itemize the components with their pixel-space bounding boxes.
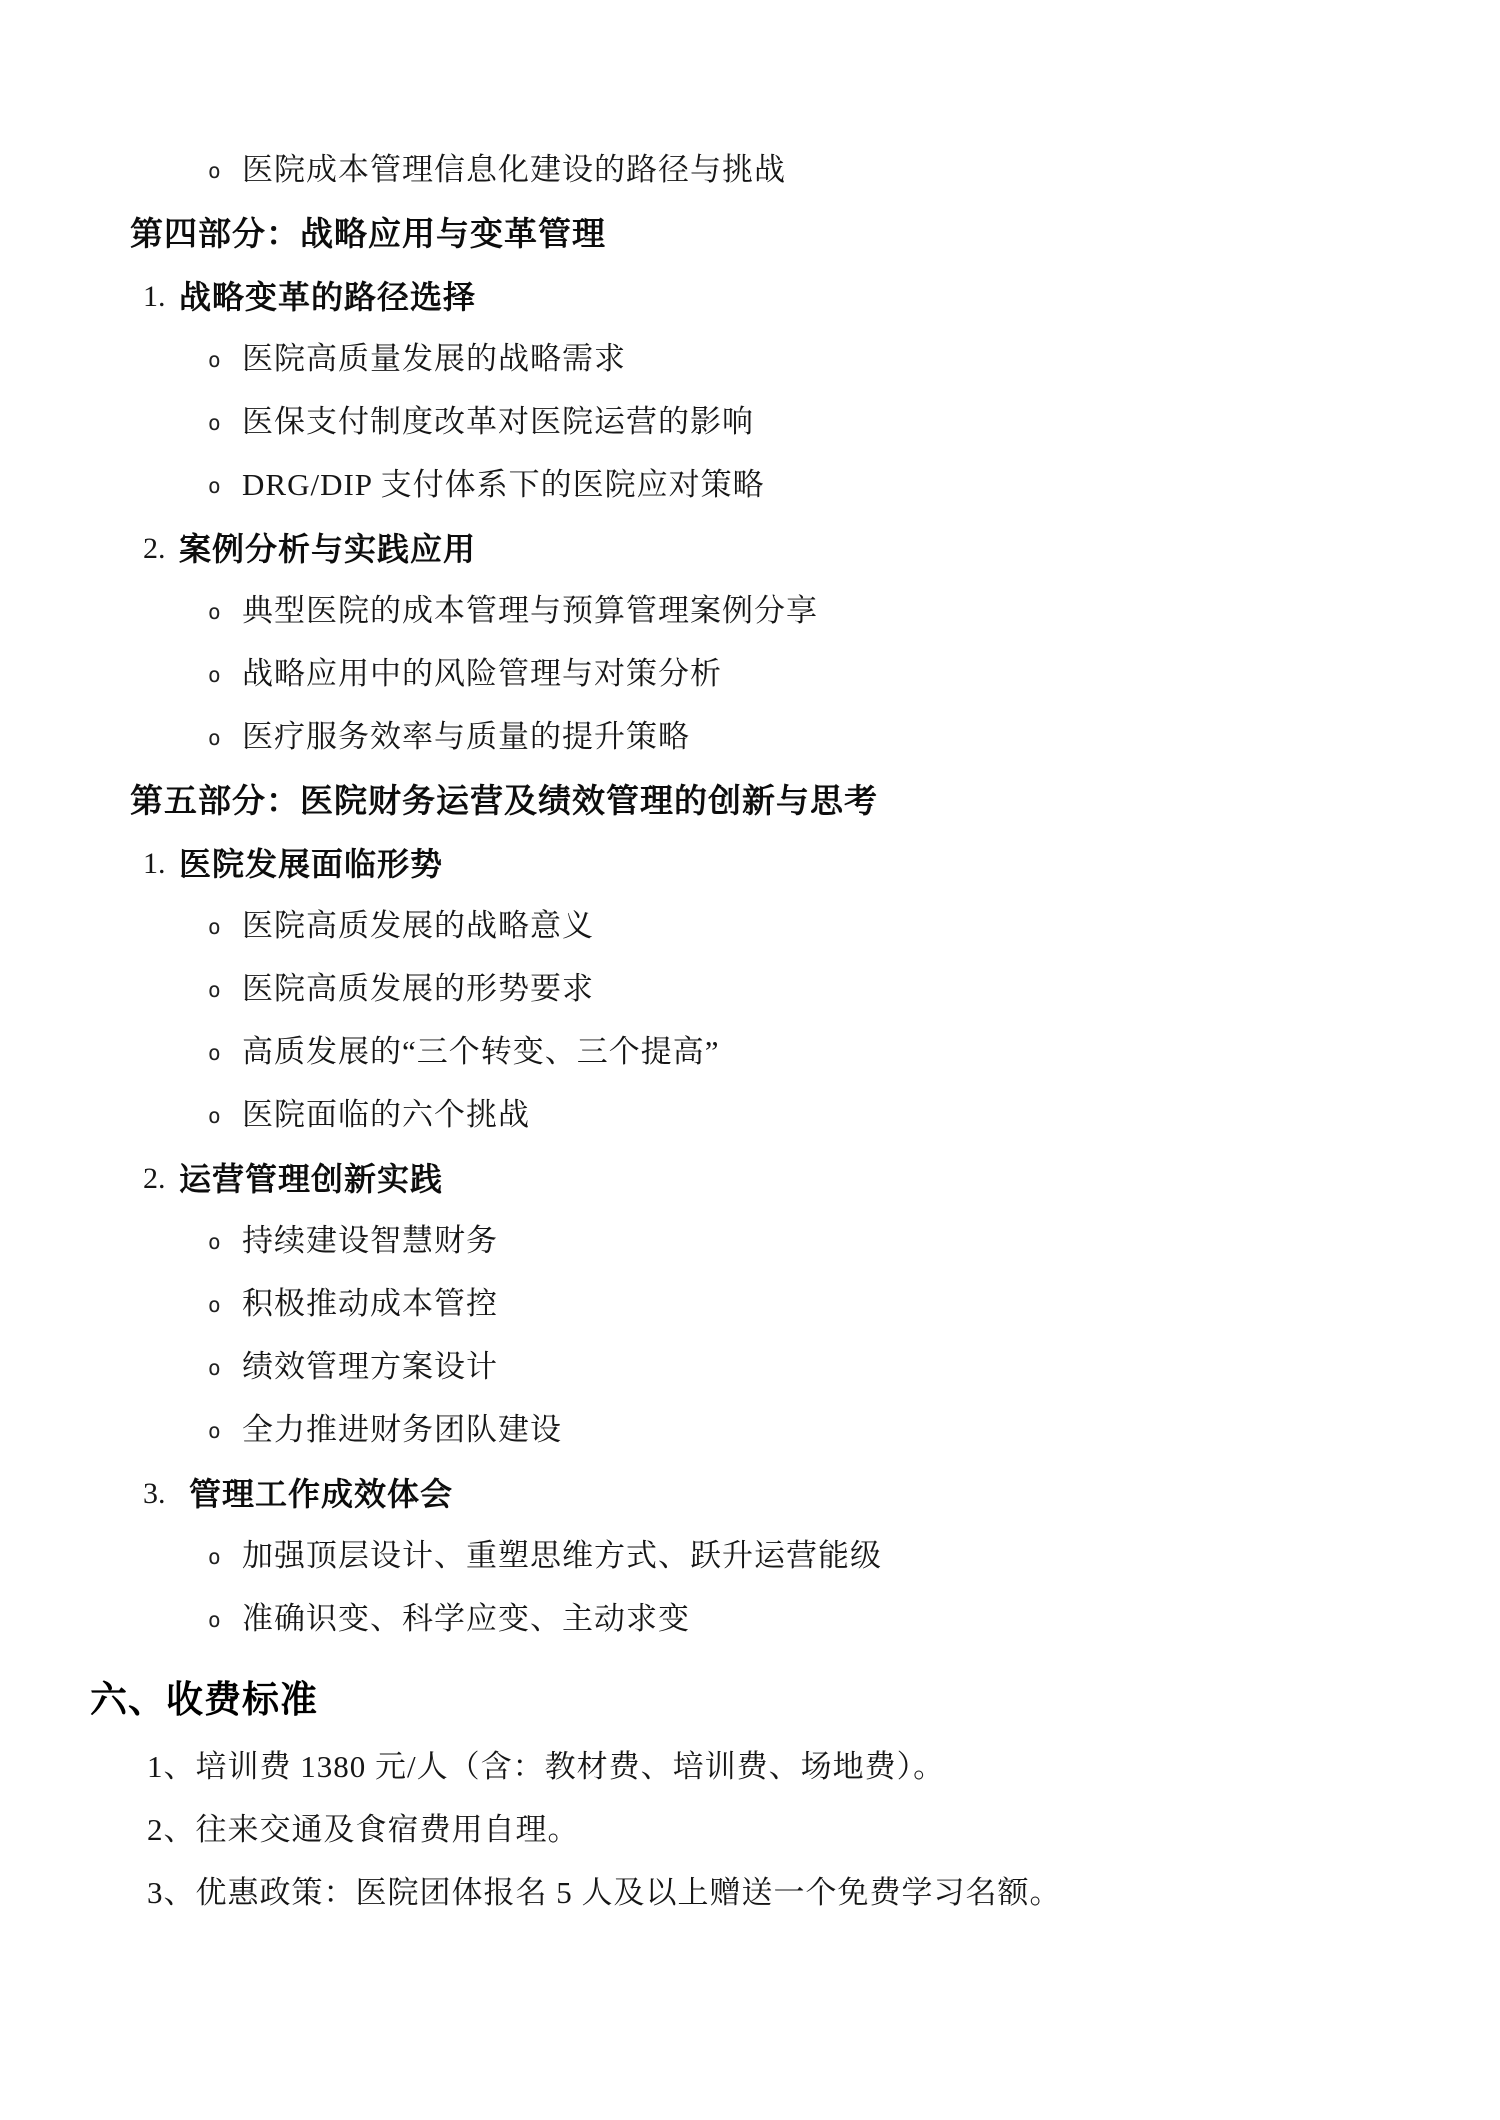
circle-bullet-icon: o <box>208 1410 242 1452</box>
part-heading-text: 第四部分：战略应用与变革管理 <box>130 213 606 255</box>
circle-bullet-icon: o <box>208 1221 242 1263</box>
outline-item-text: 医院成本管理信息化建设的路径与挑战 <box>242 150 786 190</box>
outline-item-text: DRG/DIP 支付体系下的医院应对策略 <box>242 465 765 505</box>
numbered-heading-text: 运营管理创新实践 <box>179 1158 443 1200</box>
outline-bullet-item: o 医院高质发展的形势要求 <box>0 969 1500 1032</box>
outline-bullet-item: o 准确识变、科学应变、主动求变 <box>0 1599 1500 1662</box>
list-number: 2. <box>143 528 179 570</box>
part-heading: 第四部分：战略应用与变革管理 <box>0 213 1500 276</box>
outline-bullet-item: o 医院面临的六个挑战 <box>0 1095 1500 1158</box>
outline-bullet-item: o 绩效管理方案设计 <box>0 1347 1500 1410</box>
outline-bullet-item: o 医院高质量发展的战略需求 <box>0 339 1500 402</box>
document-page: o 医院成本管理信息化建设的路径与挑战 第四部分：战略应用与变革管理 1. 战略… <box>0 0 1500 2120</box>
numbered-heading-text: 战略变革的路径选择 <box>179 276 476 318</box>
circle-bullet-icon: o <box>208 1536 242 1578</box>
outline-item-text: 医院高质发展的形势要求 <box>242 969 594 1009</box>
list-number: 3. <box>143 1473 189 1515</box>
circle-bullet-icon: o <box>208 654 242 696</box>
list-number: 1. <box>143 843 179 885</box>
fee-item-text: 2、往来交通及食宿费用自理。 <box>147 1809 580 1851</box>
outline-item-text: 医院高质发展的战略意义 <box>242 906 594 946</box>
fee-item: 2、往来交通及食宿费用自理。 <box>0 1809 1500 1872</box>
outline-bullet-item: o 高质发展的“三个转变、三个提高” <box>0 1032 1500 1095</box>
outline-bullet-item: o 医院高质发展的战略意义 <box>0 906 1500 969</box>
numbered-heading: 3. 管理工作成效体会 <box>0 1473 1500 1536</box>
outline-bullet-item: o 持续建设智慧财务 <box>0 1221 1500 1284</box>
circle-bullet-icon: o <box>208 150 242 192</box>
circle-bullet-icon: o <box>208 402 242 444</box>
circle-bullet-icon: o <box>208 717 242 759</box>
outline-bullet-item: o 医院成本管理信息化建设的路径与挑战 <box>0 150 1500 213</box>
circle-bullet-icon: o <box>208 339 242 381</box>
outline-bullet-item: o 医保支付制度改革对医院运营的影响 <box>0 402 1500 465</box>
outline-item-text: 持续建设智慧财务 <box>242 1221 498 1261</box>
outline-item-text: 典型医院的成本管理与预算管理案例分享 <box>242 591 818 631</box>
outline-item-text: 加强顶层设计、重塑思维方式、跃升运营能级 <box>242 1536 882 1576</box>
outline-bullet-item: o 加强顶层设计、重塑思维方式、跃升运营能级 <box>0 1536 1500 1599</box>
section-heading-fees: 六、收费标准 <box>0 1676 1500 1746</box>
numbered-heading: 2. 案例分析与实践应用 <box>0 528 1500 591</box>
outline-item-text: 积极推动成本管控 <box>242 1284 498 1324</box>
outline-item-text: 准确识变、科学应变、主动求变 <box>242 1599 690 1639</box>
numbered-heading: 1. 医院发展面临形势 <box>0 843 1500 906</box>
outline-item-text: 医院高质量发展的战略需求 <box>242 339 626 379</box>
circle-bullet-icon: o <box>208 969 242 1011</box>
numbered-heading: 1. 战略变革的路径选择 <box>0 276 1500 339</box>
outline-item-text: 医疗服务效率与质量的提升策略 <box>242 717 690 757</box>
outline-item-text: 全力推进财务团队建设 <box>242 1410 562 1450</box>
outline-bullet-item: o 积极推动成本管控 <box>0 1284 1500 1347</box>
outline-bullet-item: o 典型医院的成本管理与预算管理案例分享 <box>0 591 1500 654</box>
numbered-heading-text: 管理工作成效体会 <box>189 1473 453 1515</box>
numbered-heading-text: 医院发展面临形势 <box>179 843 443 885</box>
circle-bullet-icon: o <box>208 1095 242 1137</box>
outline-item-text: 医院面临的六个挑战 <box>242 1095 530 1135</box>
list-number: 1. <box>143 276 179 318</box>
outline-bullet-item: o DRG/DIP 支付体系下的医院应对策略 <box>0 465 1500 528</box>
circle-bullet-icon: o <box>208 1032 242 1074</box>
circle-bullet-icon: o <box>208 1284 242 1326</box>
fee-item: 3、优惠政策：医院团体报名 5 人及以上赠送一个免费学习名额。 <box>0 1872 1500 1935</box>
outline-item-text: 战略应用中的风险管理与对策分析 <box>242 654 722 694</box>
outline-item-text: 医保支付制度改革对医院运营的影响 <box>242 402 754 442</box>
part-heading: 第五部分：医院财务运营及绩效管理的创新与思考 <box>0 780 1500 843</box>
outline-item-text: 绩效管理方案设计 <box>242 1347 498 1387</box>
numbered-heading: 2. 运营管理创新实践 <box>0 1158 1500 1221</box>
fee-item-text: 1、培训费 1380 元/人（含：教材费、培训费、场地费）。 <box>147 1746 945 1788</box>
fee-item-text: 3、优惠政策：医院团体报名 5 人及以上赠送一个免费学习名额。 <box>147 1872 1062 1914</box>
numbered-heading-text: 案例分析与实践应用 <box>179 528 476 570</box>
circle-bullet-icon: o <box>208 1599 242 1641</box>
outline-bullet-item: o 医疗服务效率与质量的提升策略 <box>0 717 1500 780</box>
outline-item-text: 高质发展的“三个转变、三个提高” <box>242 1032 720 1072</box>
outline-bullet-item: o 战略应用中的风险管理与对策分析 <box>0 654 1500 717</box>
circle-bullet-icon: o <box>208 1347 242 1389</box>
part-heading-text: 第五部分：医院财务运营及绩效管理的创新与思考 <box>130 780 878 822</box>
circle-bullet-icon: o <box>208 591 242 633</box>
circle-bullet-icon: o <box>208 465 242 507</box>
section-heading-text: 六、收费标准 <box>90 1676 318 1724</box>
circle-bullet-icon: o <box>208 906 242 948</box>
list-number: 2. <box>143 1158 179 1200</box>
fee-item: 1、培训费 1380 元/人（含：教材费、培训费、场地费）。 <box>0 1746 1500 1809</box>
outline-bullet-item: o 全力推进财务团队建设 <box>0 1410 1500 1473</box>
